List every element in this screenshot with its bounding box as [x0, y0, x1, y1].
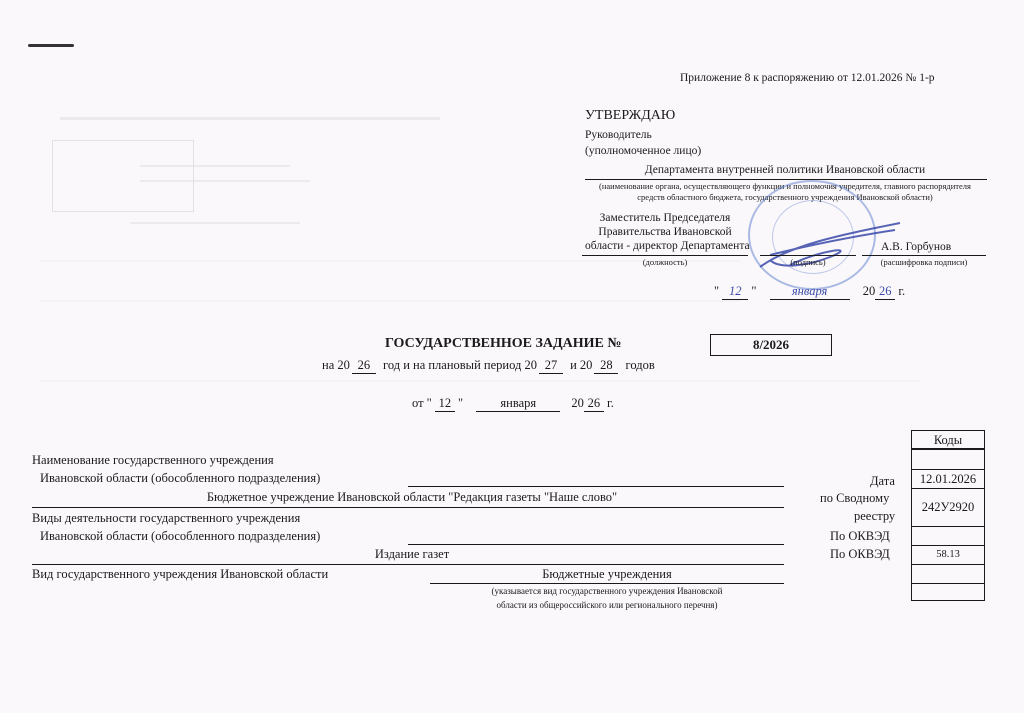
position-line3: области - директор Департамента: [585, 240, 745, 252]
signature-underline: [760, 255, 856, 256]
codes-label-registry-2: реестру: [854, 509, 895, 524]
approving-department: Департамента внутренней политики Ивановс…: [585, 164, 985, 176]
codes-cell-okved-1: [912, 526, 984, 545]
approval-title: УТВЕРЖДАЮ: [585, 108, 675, 124]
approval-role: Руководитель: [585, 129, 652, 141]
type-underline: [430, 583, 784, 584]
codes-table: 12.01.2026 242У2920 58.13: [911, 449, 985, 601]
period-and: и 20: [570, 358, 592, 372]
approval-date-day: 12: [722, 284, 748, 300]
codes-label-date: Дата: [870, 474, 895, 489]
from-day: 12: [435, 396, 455, 412]
bleed-through-line: [140, 180, 310, 182]
type-caption-2: области из общероссийского или региональ…: [430, 600, 784, 610]
approval-date-month: января: [770, 284, 850, 300]
approval-year: 26: [875, 284, 895, 300]
from-month: января: [476, 396, 560, 412]
signer-underline: [862, 255, 986, 256]
bleed-through-table: [52, 140, 194, 212]
approval-year-prefix: 20: [863, 284, 876, 298]
codes-cell-empty-3: [912, 583, 984, 600]
from-suffix: г.: [607, 396, 614, 410]
institution-name: Бюджетное учреждение Ивановской области …: [32, 490, 792, 505]
position-line2: Правительства Ивановской: [585, 226, 745, 238]
activity-line-2: [32, 564, 784, 565]
approval-date-suffix: г.: [898, 284, 905, 298]
codes-cell-registry: 242У2920: [912, 488, 984, 526]
codes-cell-okved-2: 58.13: [912, 545, 984, 564]
bleed-through-line: [40, 380, 920, 382]
bleed-through-line: [40, 300, 740, 302]
type-label: Вид государственного учреждения Ивановск…: [32, 567, 328, 582]
position-underline: [582, 255, 748, 256]
codes-label-registry: по Сводному: [820, 491, 889, 506]
codes-cell-empty-2: [912, 564, 984, 583]
assignment-date: от " 12 " января 2026 г.: [412, 396, 614, 412]
codes-cell-empty: [912, 450, 984, 469]
position-line1: Заместитель Председателя: [585, 212, 745, 224]
institution-label: Наименование государственного учреждения: [32, 453, 274, 468]
period-year-plan2: 28: [594, 358, 618, 374]
codes-header: Коды: [911, 430, 985, 449]
signer-caption: (расшифровка подписи): [862, 257, 986, 267]
institution-label-2: Ивановской области (обособленного подраз…: [40, 471, 320, 486]
from-prefix: от ": [412, 396, 432, 410]
codes-label-okved-1: По ОКВЭД: [830, 529, 890, 544]
institution-line-2: [32, 507, 784, 508]
position-caption: (должность): [582, 257, 748, 267]
from-quote: ": [458, 396, 463, 410]
period-prefix: на 20: [322, 358, 350, 372]
approval-date: " 12 " января 2026 г.: [714, 284, 905, 300]
signer-name: А.В. Горбунов: [881, 241, 951, 253]
approval-role-note: (уполномоченное лицо): [585, 145, 701, 157]
document-number: 8/2026: [753, 337, 789, 352]
institution-line-1: [408, 486, 784, 487]
activity-label: Виды деятельности государственного учреж…: [32, 511, 300, 526]
type-caption: (указывается вид государственного учрежд…: [430, 586, 784, 596]
from-year: 26: [584, 396, 604, 412]
activity-label-2: Ивановской области (обособленного подраз…: [40, 529, 320, 544]
bleed-through-line: [130, 222, 300, 224]
pen-mark: [28, 44, 74, 47]
period-year-plan1: 27: [539, 358, 563, 374]
bleed-through-line: [140, 165, 290, 167]
codes-cell-date: 12.01.2026: [912, 469, 984, 488]
document-title: ГОСУДАРСТВЕННОЕ ЗАДАНИЕ №: [385, 336, 621, 352]
period-year-current: 26: [352, 358, 376, 374]
document-number-box: 8/2026: [710, 334, 832, 356]
from-year-prefix: 20: [571, 396, 584, 410]
codes-label-okved-2: По ОКВЭД: [830, 547, 890, 562]
activity-value: Издание газет: [32, 547, 792, 562]
period-suffix: годов: [626, 358, 655, 372]
planning-period: на 2026 год и на плановый период 2027 и …: [322, 358, 655, 374]
quote-close: ": [751, 284, 756, 298]
bleed-through-line: [60, 117, 440, 120]
quote-open: ": [714, 284, 719, 298]
activity-line-1: [408, 544, 784, 545]
department-underline: [585, 179, 987, 180]
signature-caption: (подпись): [760, 257, 856, 267]
period-mid: год и на плановый период 20: [383, 358, 537, 372]
appendix-reference: Приложение 8 к распоряжению от 12.01.202…: [680, 72, 935, 84]
type-value: Бюджетные учреждения: [430, 567, 784, 582]
